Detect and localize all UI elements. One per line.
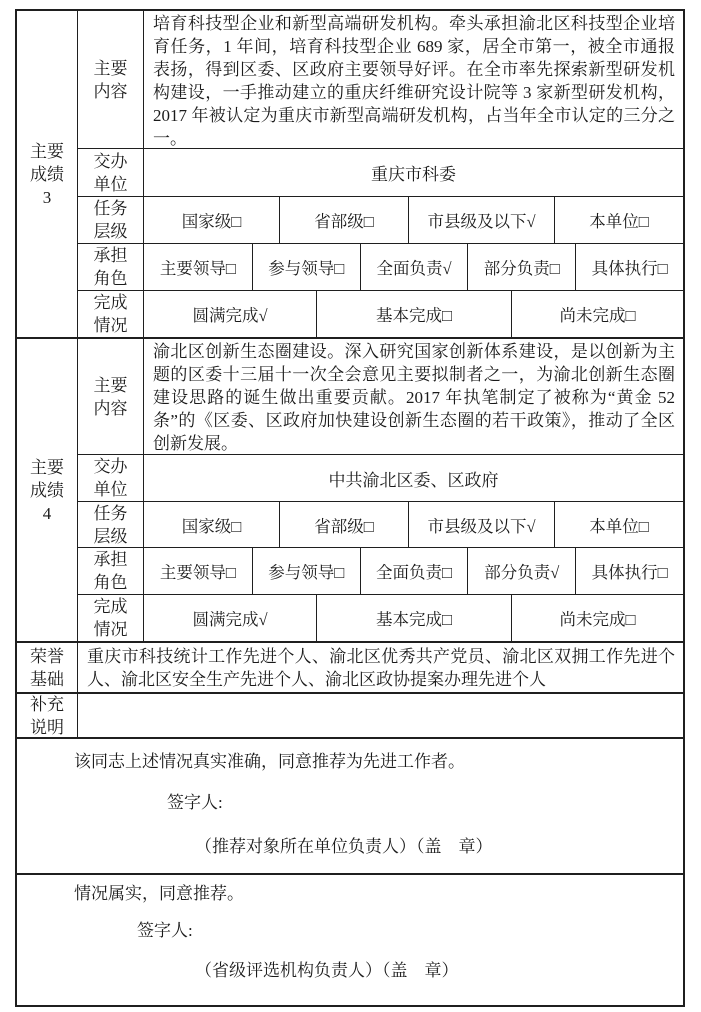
row-label-main-content: 主要内容 <box>78 11 144 148</box>
option-own-unit-level: 本单位□ <box>554 502 683 547</box>
honor-basis-value: 重庆市科技统计工作先进个人、渝北区优秀共产党员、渝北区双拥工作先进个人、渝北区安… <box>78 643 683 692</box>
row-label-task-level: 任务层级 <box>78 197 144 243</box>
assigning-unit-value: 中共渝北区委、区政府 <box>144 455 683 501</box>
signer-label: 签字人: <box>137 919 675 942</box>
option-partial-responsibility: 部分负责√ <box>467 548 575 594</box>
provincial-endorsement-block: 情况属实，同意推荐。 签字人: （省级评选机构负责人）（盖 章） <box>17 882 683 1005</box>
role-row: 承担角色 主要领导□ 参与领导□ 全面负责□ 部分负责√ 具体执行□ <box>78 548 683 595</box>
group-title: 主要成绩 <box>28 456 66 502</box>
achievement-section-3: 主要成绩 3 主要内容 培育科技型企业和新型高端研发机构。牵头承担渝北区科技型企… <box>17 11 683 339</box>
supplement-value <box>78 694 683 737</box>
option-provincial-level: 省部级□ <box>279 502 408 547</box>
option-full-responsibility: 全面负责√ <box>360 244 468 290</box>
signer-role-note: （省级评选机构负责人）（盖 章） <box>195 959 675 982</box>
option-national-level: 国家级□ <box>144 502 279 547</box>
option-not-completed: 尚未完成□ <box>511 291 683 337</box>
option-not-completed: 尚未完成□ <box>511 595 683 641</box>
completion-options: 圆满完成√ 基本完成□ 尚未完成□ <box>144 595 683 641</box>
role-options: 主要领导□ 参与领导□ 全面负责√ 部分负责□ 具体执行□ <box>144 244 683 290</box>
section-4-rows: 主要内容 渝北区创新生态圈建设。深入研究国家创新体系建设，是以创新为主题的区委十… <box>78 339 683 641</box>
option-main-leader: 主要领导□ <box>144 548 252 594</box>
task-level-row: 任务层级 国家级□ 省部级□ 市县级及以下√ 本单位□ <box>78 502 683 548</box>
document-page: 主要成绩 3 主要内容 培育科技型企业和新型高端研发机构。牵头承担渝北区科技型企… <box>0 0 701 1012</box>
endorsement-statement: 该同志上述情况真实准确，同意推荐为先进工作者。 <box>74 750 675 773</box>
completion-row: 完成情况 圆满完成√ 基本完成□ 尚未完成□ <box>78 291 683 337</box>
assigning-unit-row: 交办单位 中共渝北区委、区政府 <box>78 455 683 502</box>
honor-basis-row: 荣誉基础 重庆市科技统计工作先进个人、渝北区优秀共产党员、渝北区双拥工作先进个人… <box>17 643 683 694</box>
row-label-assigning-unit: 交办单位 <box>78 149 144 196</box>
option-city-county-level: 市县级及以下√ <box>408 197 554 243</box>
task-level-options: 国家级□ 省部级□ 市县级及以下√ 本单位□ <box>144 197 683 243</box>
option-specific-execution: 具体执行□ <box>575 244 683 290</box>
task-level-row: 任务层级 国家级□ 省部级□ 市县级及以下√ 本单位□ <box>78 197 683 244</box>
completion-row: 完成情况 圆满完成√ 基本完成□ 尚未完成□ <box>78 595 683 641</box>
option-basically-completed: 基本完成□ <box>316 595 511 641</box>
group-number: 4 <box>43 502 52 525</box>
main-content-text: 渝北区创新生态圈建设。深入研究国家创新体系建设，是以创新为主题的区委十三届十一次… <box>144 339 683 454</box>
supplement-row: 补充说明 <box>17 694 683 739</box>
row-label-main-content: 主要内容 <box>78 339 144 454</box>
group-number: 3 <box>43 186 52 209</box>
completion-options: 圆满完成√ 基本完成□ 尚未完成□ <box>144 291 683 337</box>
unit-endorsement-block: 该同志上述情况真实准确，同意推荐为先进工作者。 签字人: （推荐对象所在单位负责… <box>17 750 683 875</box>
option-specific-execution: 具体执行□ <box>575 548 683 594</box>
option-main-leader: 主要领导□ <box>144 244 252 290</box>
group-label-achievement-4: 主要成绩 4 <box>17 339 78 641</box>
group-title: 主要成绩 <box>28 140 66 186</box>
assigning-unit-value: 重庆市科委 <box>144 149 683 196</box>
option-fully-completed: 圆满完成√ <box>144 595 316 641</box>
option-provincial-level: 省部级□ <box>279 197 408 243</box>
option-participating-leader: 参与领导□ <box>252 548 360 594</box>
option-national-level: 国家级□ <box>144 197 279 243</box>
row-label-completion: 完成情况 <box>78 595 144 641</box>
option-partial-responsibility: 部分负责□ <box>467 244 575 290</box>
option-participating-leader: 参与领导□ <box>252 244 360 290</box>
row-label-assigning-unit: 交办单位 <box>78 455 144 501</box>
assigning-unit-row: 交办单位 重庆市科委 <box>78 149 683 197</box>
role-row: 承担角色 主要领导□ 参与领导□ 全面负责√ 部分负责□ 具体执行□ <box>78 244 683 291</box>
row-label-honor-basis: 荣誉基础 <box>17 643 78 692</box>
recommendation-form-table: 主要成绩 3 主要内容 培育科技型企业和新型高端研发机构。牵头承担渝北区科技型企… <box>15 9 685 1007</box>
role-options: 主要领导□ 参与领导□ 全面负责□ 部分负责√ 具体执行□ <box>144 548 683 594</box>
signer-role-note: （推荐对象所在单位负责人）（盖 章） <box>195 835 675 858</box>
signer-label: 签字人: <box>167 791 675 814</box>
option-basically-completed: 基本完成□ <box>316 291 511 337</box>
option-full-responsibility: 全面负责□ <box>360 548 468 594</box>
row-label-completion: 完成情况 <box>78 291 144 337</box>
row-label-task-level: 任务层级 <box>78 502 144 547</box>
endorsement-statement: 情况属实，同意推荐。 <box>74 882 675 905</box>
main-content-row: 主要内容 渝北区创新生态圈建设。深入研究国家创新体系建设，是以创新为主题的区委十… <box>78 339 683 455</box>
achievement-section-4: 主要成绩 4 主要内容 渝北区创新生态圈建设。深入研究国家创新体系建设，是以创新… <box>17 339 683 643</box>
row-label-role: 承担角色 <box>78 548 144 594</box>
task-level-options: 国家级□ 省部级□ 市县级及以下√ 本单位□ <box>144 502 683 547</box>
group-label-achievement-3: 主要成绩 3 <box>17 11 78 337</box>
option-own-unit-level: 本单位□ <box>554 197 683 243</box>
main-content-text: 培育科技型企业和新型高端研发机构。牵头承担渝北区科技型企业培育任务，1 年间，培… <box>144 11 683 148</box>
row-label-supplement: 补充说明 <box>17 694 78 737</box>
section-3-rows: 主要内容 培育科技型企业和新型高端研发机构。牵头承担渝北区科技型企业培育任务，1… <box>78 11 683 337</box>
option-fully-completed: 圆满完成√ <box>144 291 316 337</box>
row-label-role: 承担角色 <box>78 244 144 290</box>
main-content-row: 主要内容 培育科技型企业和新型高端研发机构。牵头承担渝北区科技型企业培育任务，1… <box>78 11 683 149</box>
option-city-county-level: 市县级及以下√ <box>408 502 554 547</box>
